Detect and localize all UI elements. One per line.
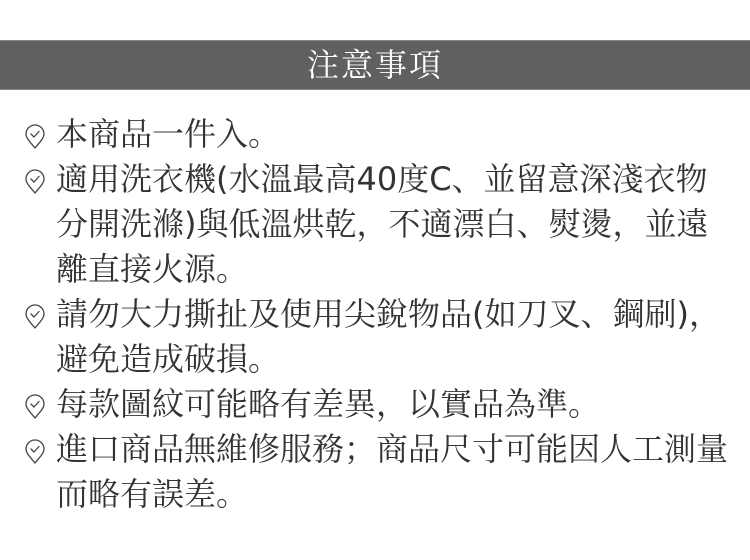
note-item: 每款圖紋可能略有差異，以實品為準。 [22, 382, 737, 427]
map-pin-check-icon [22, 304, 48, 330]
note-text: 每款圖紋可能略有差異，以實品為準。 [56, 385, 600, 423]
note-item: 進口商品無維修服務；商品尺寸可能因人工測量而略有誤差。 [22, 427, 737, 517]
note-item: 適用洗衣機(水溫最高40度C、並留意深淺衣物分開洗滌)與低溫烘乾，不適漂白、熨燙… [22, 157, 737, 292]
notice-title: 注意事項 [307, 49, 443, 81]
notes-list: 本商品一件入。 適用洗衣機(水溫最高40度C、並留意深淺衣物分開洗滌)與低溫烘乾… [22, 112, 737, 517]
note-text: 請勿大力撕扯及使用尖銳物品(如刀叉、鋼刷)，避免造成破損。 [56, 295, 721, 378]
map-pin-check-icon [22, 169, 48, 195]
note-item: 本商品一件入。 [22, 112, 737, 157]
map-pin-check-icon [22, 439, 48, 465]
note-text: 適用洗衣機(水溫最高40度C、並留意深淺衣物分開洗滌)與低溫烘乾，不適漂白、熨燙… [56, 160, 709, 288]
note-text: 進口商品無維修服務；商品尺寸可能因人工測量而略有誤差。 [56, 430, 728, 513]
note-item: 請勿大力撕扯及使用尖銳物品(如刀叉、鋼刷)，避免造成破損。 [22, 292, 737, 382]
notice-header-bar: 注意事項 [0, 40, 750, 90]
map-pin-check-icon [22, 124, 48, 150]
note-text: 本商品一件入。 [56, 115, 280, 153]
map-pin-check-icon [22, 394, 48, 420]
